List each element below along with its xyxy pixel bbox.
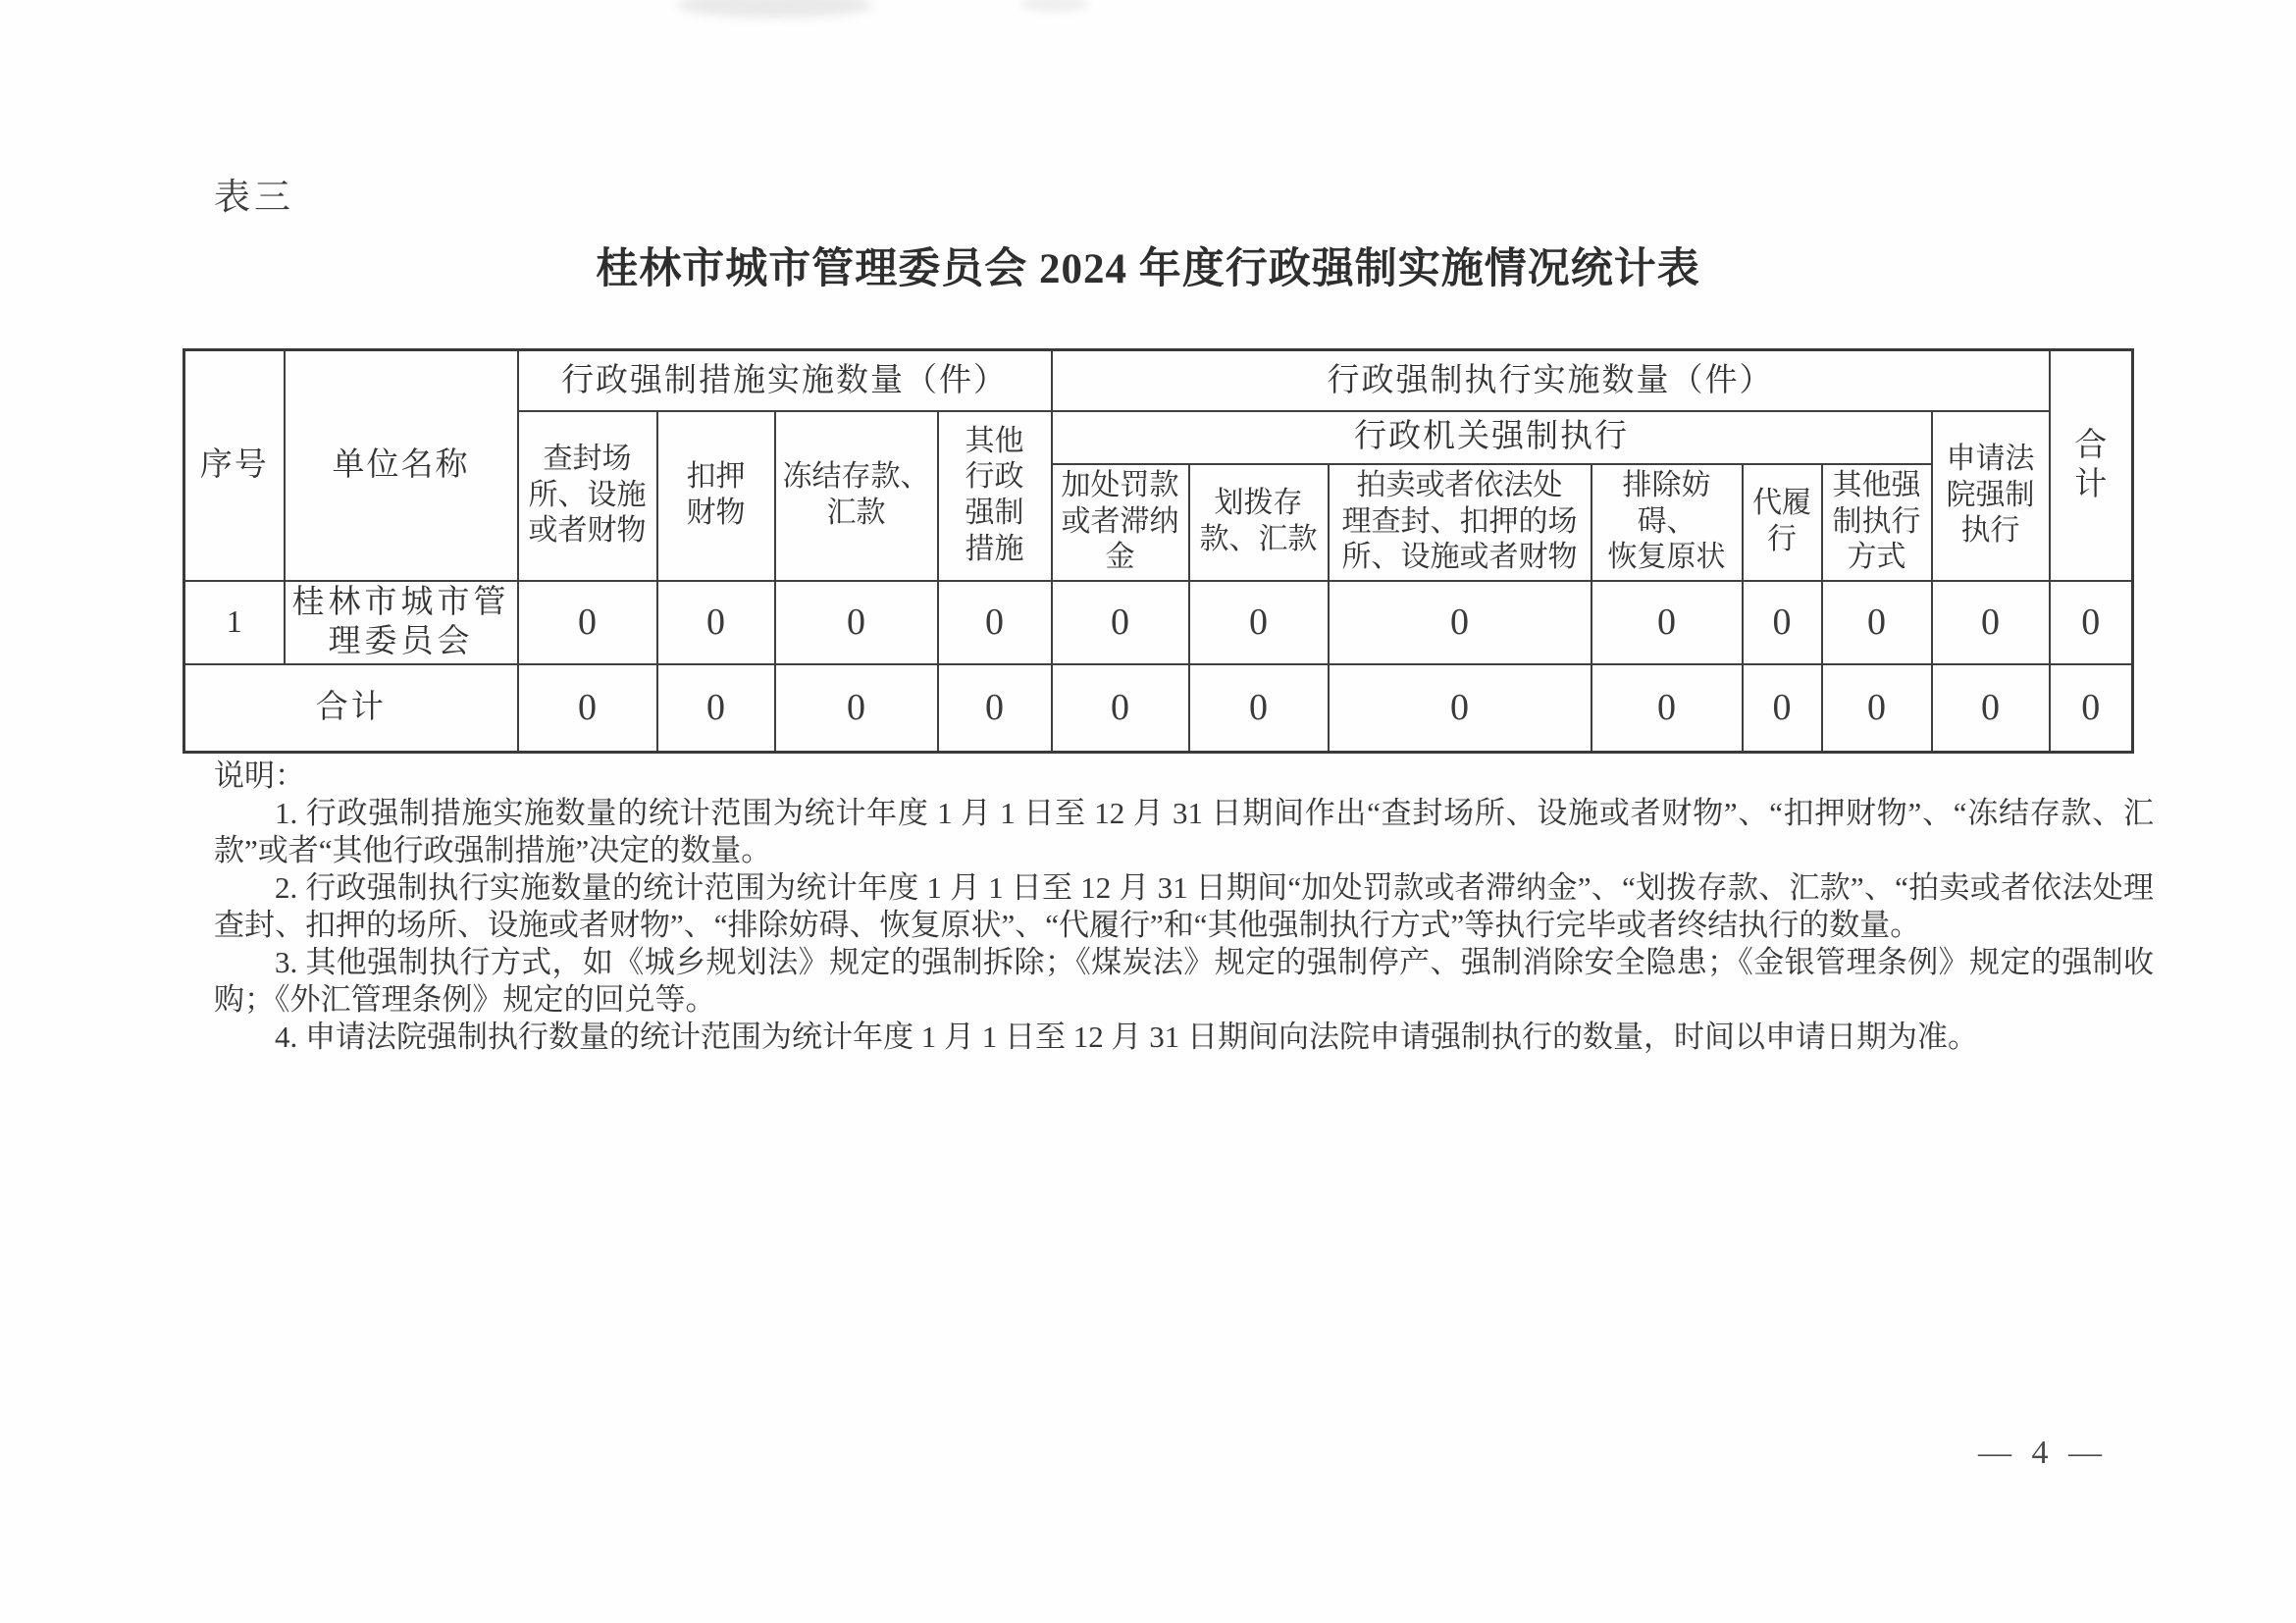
header-seize-property: 扣押 财物 <box>657 411 775 581</box>
row-value: 0 <box>1189 581 1329 664</box>
total-value: 0 <box>1592 664 1743 753</box>
header-remove-obstruction: 排除妨碍、 恢复原状 <box>1592 464 1743 581</box>
total-row-label: 合计 <box>184 664 518 753</box>
total-value: 0 <box>1189 664 1329 753</box>
row-value: 0 <box>657 581 775 664</box>
row-value: 0 <box>1329 581 1592 664</box>
row-value: 0 <box>775 581 938 664</box>
note-item-4: 4. 申请法院强制执行数量的统计范围为统计年度 1 月 1 日至 12 月 31… <box>214 1019 2154 1056</box>
total-value: 0 <box>775 664 938 753</box>
table-row: 1 桂林市城市管理委员会 0 0 0 0 0 0 0 0 0 0 0 0 <box>184 581 2133 664</box>
header-seal-premises: 查封场 所、设施 或者财物 <box>518 411 657 581</box>
total-value: 0 <box>1743 664 1822 753</box>
row-value: 0 <box>938 581 1052 664</box>
row-value: 0 <box>1822 581 1932 664</box>
row-unit-name: 桂林市城市管理委员会 <box>285 581 518 664</box>
header-total: 合 计 <box>2050 350 2133 581</box>
header-other-execution: 其他强 制执行 方式 <box>1822 464 1932 581</box>
scan-smudge <box>1020 0 1089 12</box>
total-row: 合计 0 0 0 0 0 0 0 0 0 0 0 0 <box>184 664 2133 753</box>
total-value: 0 <box>1822 664 1932 753</box>
header-measures-group: 行政强制措施实施数量（件） <box>518 350 1052 411</box>
total-value: 0 <box>1052 664 1189 753</box>
header-execution-group: 行政强制执行实施数量（件） <box>1052 350 2050 411</box>
note-item-3: 3. 其他强制执行方式，如《城乡规划法》规定的强制拆除；《煤炭法》规定的强制停产… <box>214 944 2154 1019</box>
notes-heading: 说明： <box>214 758 2154 795</box>
total-value: 0 <box>518 664 657 753</box>
total-value: 0 <box>1329 664 1592 753</box>
page-number: — 4 — <box>1978 1435 2108 1472</box>
row-value: 0 <box>1052 581 1189 664</box>
total-value: 0 <box>657 664 775 753</box>
row-value: 0 <box>1932 581 2050 664</box>
header-perform-on-behalf: 代履 行 <box>1743 464 1822 581</box>
row-value: 0 <box>1592 581 1743 664</box>
total-value: 0 <box>1932 664 2050 753</box>
document-page: 表三 桂林市城市管理委员会 2024 年度行政强制实施情况统计表 序号 单位名称… <box>0 0 2296 1623</box>
note-item-1: 1. 行政强制措施实施数量的统计范围为统计年度 1 月 1 日至 12 月 31… <box>214 795 2154 869</box>
notes-section: 说明： 1. 行政强制措施实施数量的统计范围为统计年度 1 月 1 日至 12 … <box>214 758 2154 1056</box>
header-other-measures: 其他 行政 强制 措施 <box>938 411 1052 581</box>
header-seq: 序号 <box>184 350 285 581</box>
table-label: 表三 <box>214 167 294 220</box>
header-agency-execution-group: 行政机关强制执行 <box>1052 411 1932 464</box>
note-item-2: 2. 行政强制执行实施数量的统计范围为统计年度 1 月 1 日至 12 月 31… <box>214 869 2154 944</box>
total-value: 0 <box>938 664 1052 753</box>
document-title: 桂林市城市管理委员会 2024 年度行政强制实施情况统计表 <box>0 236 2296 295</box>
statistics-table: 序号 单位名称 行政强制措施实施数量（件） 行政强制执行实施数量（件） 合 计 … <box>183 348 2134 754</box>
header-auction-dispose: 拍卖或者依法处 理查封、扣押的场 所、设施或者财物 <box>1329 464 1592 581</box>
row-value: 0 <box>518 581 657 664</box>
row-value: 0 <box>1743 581 1822 664</box>
header-unit-name: 单位名称 <box>285 350 518 581</box>
header-court-execution: 申请法 院强制 执行 <box>1932 411 2050 581</box>
header-transfer-deposits: 划拨存 款、汇款 <box>1189 464 1329 581</box>
row-seq: 1 <box>184 581 285 664</box>
scan-smudge <box>677 0 873 18</box>
header-fine-late-fee: 加处罚款 或者滞纳 金 <box>1052 464 1189 581</box>
total-value: 0 <box>2050 664 2133 753</box>
header-freeze-deposits: 冻结存款、 汇款 <box>775 411 938 581</box>
row-value: 0 <box>2050 581 2133 664</box>
